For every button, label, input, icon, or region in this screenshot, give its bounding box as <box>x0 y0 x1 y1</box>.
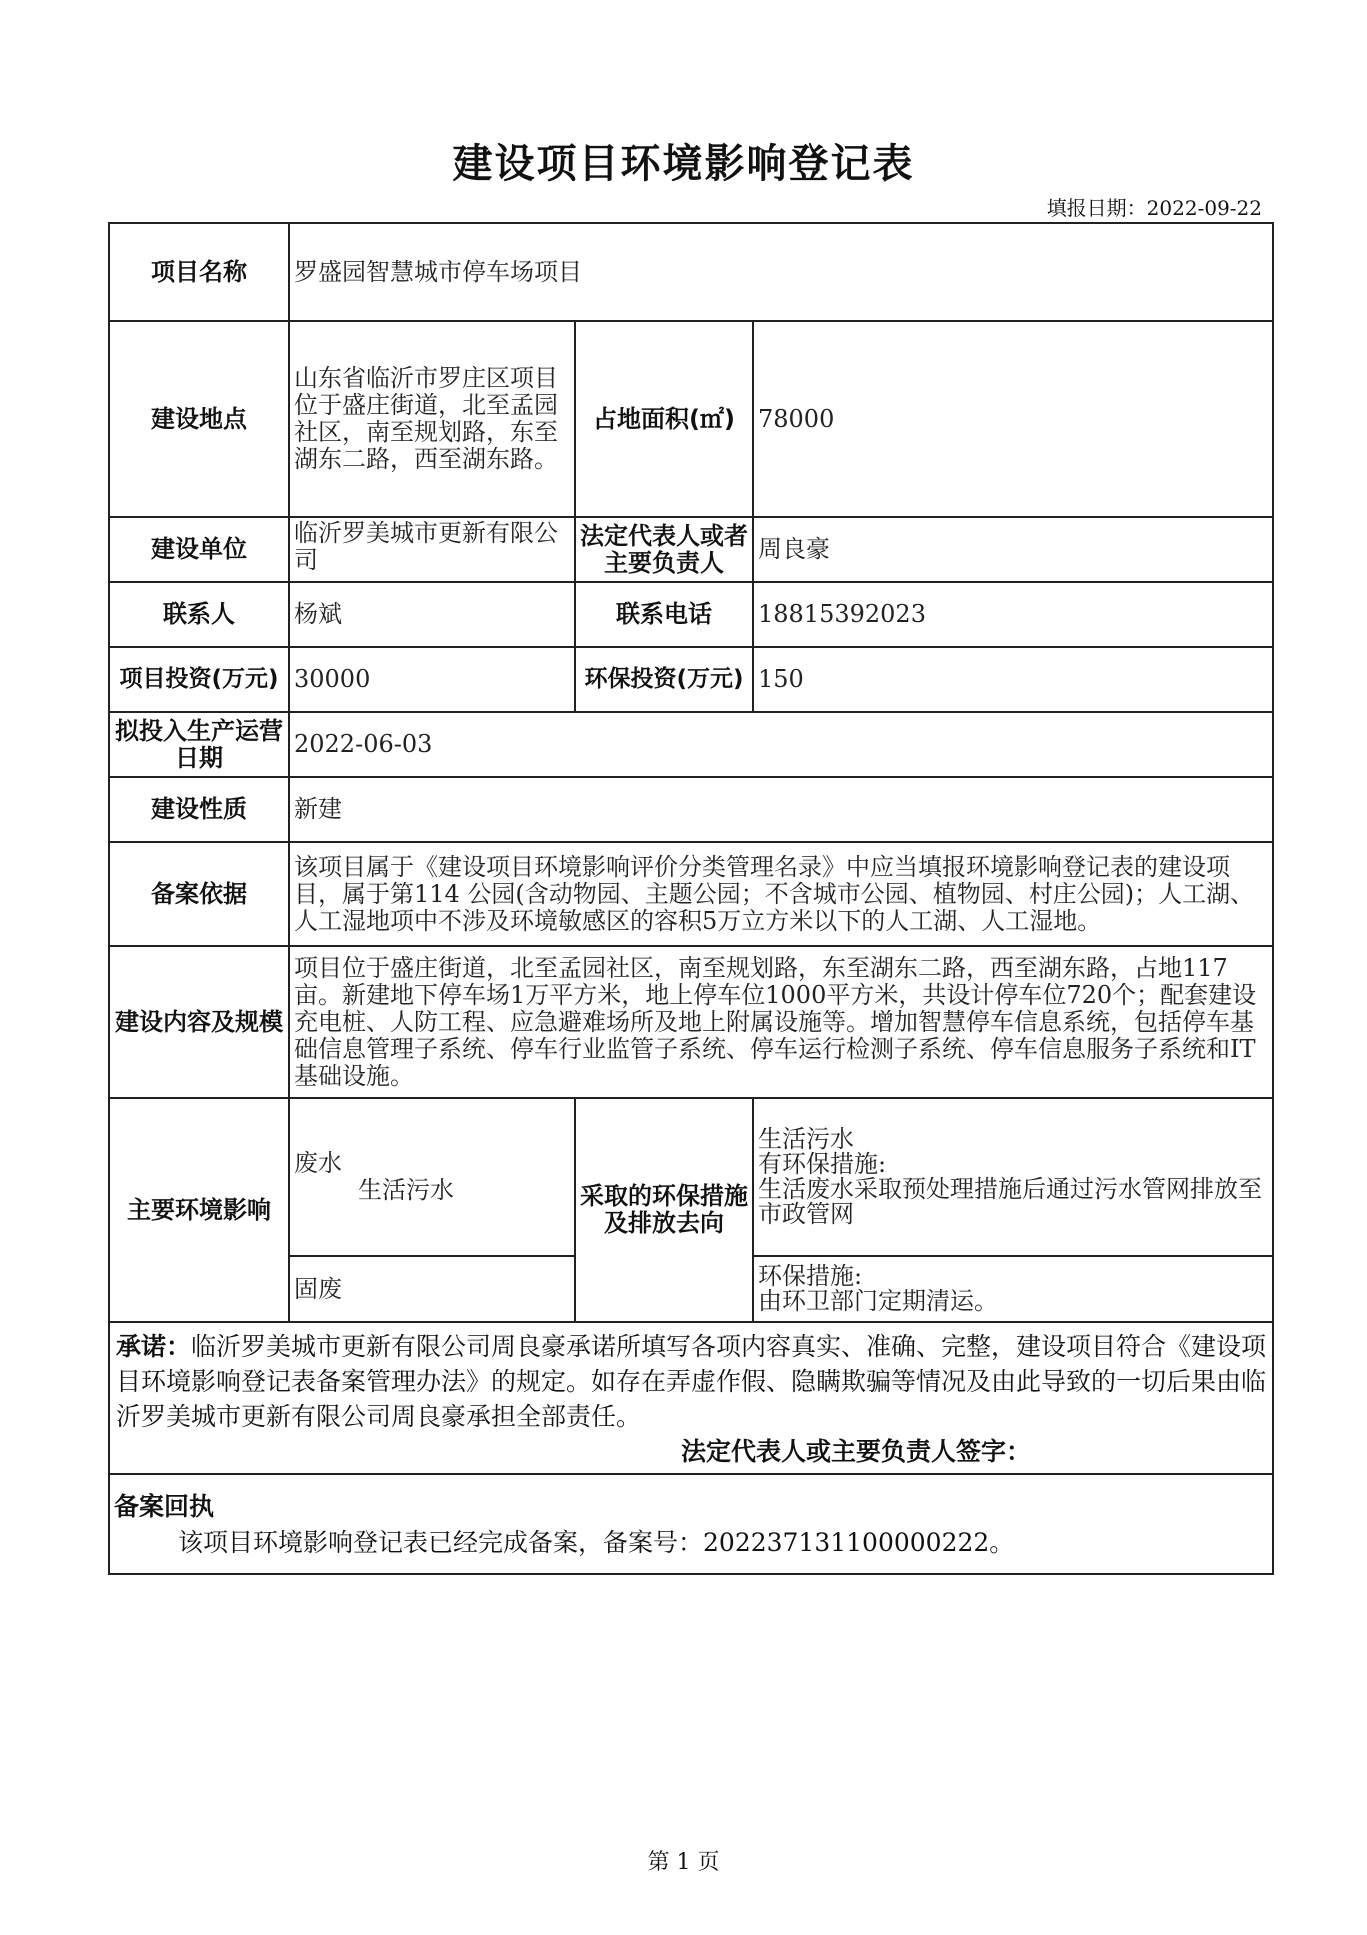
solid-waste-category: 固废 <box>289 1256 575 1322</box>
signature-label: 法定代表人或主要负责人签字： <box>116 1434 1266 1469</box>
value-area: 78000 <box>753 321 1273 517</box>
row-basis: 备案依据 该项目属于《建设项目环境影响评价分类管理名录》中应当填报环境影响登记表… <box>109 842 1273 946</box>
value-operation-date: 2022-06-03 <box>289 712 1273 777</box>
row-content: 建设内容及规模 项目位于盛庄街道，北至孟园社区，南至规划路，东至湖东二路，西至湖… <box>109 946 1273 1098</box>
label-impact: 主要环境影响 <box>109 1098 289 1322</box>
label-env-investment: 环保投资(万元) <box>575 647 753 712</box>
receipt-text: 该项目环境影响登记表已经完成备案，备案号：202237131100000222。 <box>114 1525 1268 1561</box>
row-investment: 项目投资(万元) 30000 环保投资(万元) 150 <box>109 647 1273 712</box>
label-measures: 采取的环保措施及排放去向 <box>575 1098 753 1322</box>
label-project-name: 项目名称 <box>109 223 289 321</box>
wastewater-item: 生活污水 <box>294 1177 570 1204</box>
value-content: 项目位于盛庄街道，北至孟园社区，南至规划路，东至湖东二路，西至湖东路，占地117… <box>289 946 1273 1098</box>
value-investment: 30000 <box>289 647 575 712</box>
label-location: 建设地点 <box>109 321 289 517</box>
promise-text: 临沂罗美城市更新有限公司周良豪承诺所填写各项内容真实、准确、完整，建设项目符合《… <box>116 1332 1266 1431</box>
value-phone: 18815392023 <box>753 582 1273 647</box>
label-operation-date: 拟投入生产运营日期 <box>109 712 289 777</box>
registration-form-table: 项目名称 罗盛园智慧城市停车场项目 建设地点 山东省临沂市罗庄区项目位于盛庄街道… <box>108 222 1274 1575</box>
value-nature: 新建 <box>289 777 1273 842</box>
value-contact: 杨斌 <box>289 582 575 647</box>
row-impact-wastewater: 主要环境影响 废水 生活污水 采取的环保措施及排放去向 生活污水 有环保措施: … <box>109 1098 1273 1256</box>
fill-date: 填报日期：2022-09-22 <box>1047 192 1262 221</box>
receipt-title: 备案回执 <box>114 1489 1268 1525</box>
promise-section: 承诺：临沂罗美城市更新有限公司周良豪承诺所填写各项内容真实、准确、完整，建设项目… <box>109 1322 1273 1474</box>
label-area: 占地面积(㎡) <box>575 321 753 517</box>
value-project-name: 罗盛园智慧城市停车场项目 <box>289 223 1273 321</box>
row-builder: 建设单位 临沂罗美城市更新有限公司 法定代表人或者主要负责人 周良豪 <box>109 517 1273 582</box>
value-legal-rep: 周良豪 <box>753 517 1273 582</box>
value-builder: 临沂罗美城市更新有限公司 <box>289 517 575 582</box>
row-operation-date: 拟投入生产运营日期 2022-06-03 <box>109 712 1273 777</box>
wastewater-measure: 生活污水 有环保措施: 生活废水采取预处理措施后通过污水管网排放至市政管网 <box>753 1098 1273 1256</box>
value-env-investment: 150 <box>753 647 1273 712</box>
promise-label: 承诺： <box>116 1332 191 1361</box>
row-location: 建设地点 山东省临沂市罗庄区项目位于盛庄街道，北至孟园社区，南至规划路，东至湖东… <box>109 321 1273 517</box>
document-title: 建设项目环境影响登记表 <box>0 132 1367 189</box>
solid-waste-measure: 环保措施: 由环卫部门定期清运。 <box>753 1256 1273 1322</box>
label-legal-rep: 法定代表人或者主要负责人 <box>575 517 753 582</box>
row-contact: 联系人 杨斌 联系电话 18815392023 <box>109 582 1273 647</box>
value-basis: 该项目属于《建设项目环境影响评价分类管理名录》中应当填报环境影响登记表的建设项目… <box>289 842 1273 946</box>
value-location: 山东省临沂市罗庄区项目位于盛庄街道，北至孟园社区，南至规划路，东至湖东二路，西至… <box>289 321 575 517</box>
label-basis: 备案依据 <box>109 842 289 946</box>
impact-wastewater: 废水 生活污水 <box>289 1098 575 1256</box>
receipt-section: 备案回执 该项目环境影响登记表已经完成备案，备案号：20223713110000… <box>109 1474 1273 1574</box>
row-promise: 承诺：临沂罗美城市更新有限公司周良豪承诺所填写各项内容真实、准确、完整，建设项目… <box>109 1322 1273 1474</box>
label-investment: 项目投资(万元) <box>109 647 289 712</box>
label-phone: 联系电话 <box>575 582 753 647</box>
label-nature: 建设性质 <box>109 777 289 842</box>
row-receipt: 备案回执 该项目环境影响登记表已经完成备案，备案号：20223713110000… <box>109 1474 1273 1574</box>
label-builder: 建设单位 <box>109 517 289 582</box>
row-nature: 建设性质 新建 <box>109 777 1273 842</box>
label-content: 建设内容及规模 <box>109 946 289 1098</box>
page-number: 第 1 页 <box>0 1845 1367 1876</box>
label-contact: 联系人 <box>109 582 289 647</box>
row-project-name: 项目名称 罗盛园智慧城市停车场项目 <box>109 223 1273 321</box>
wastewater-category: 废水 <box>294 1149 342 1177</box>
